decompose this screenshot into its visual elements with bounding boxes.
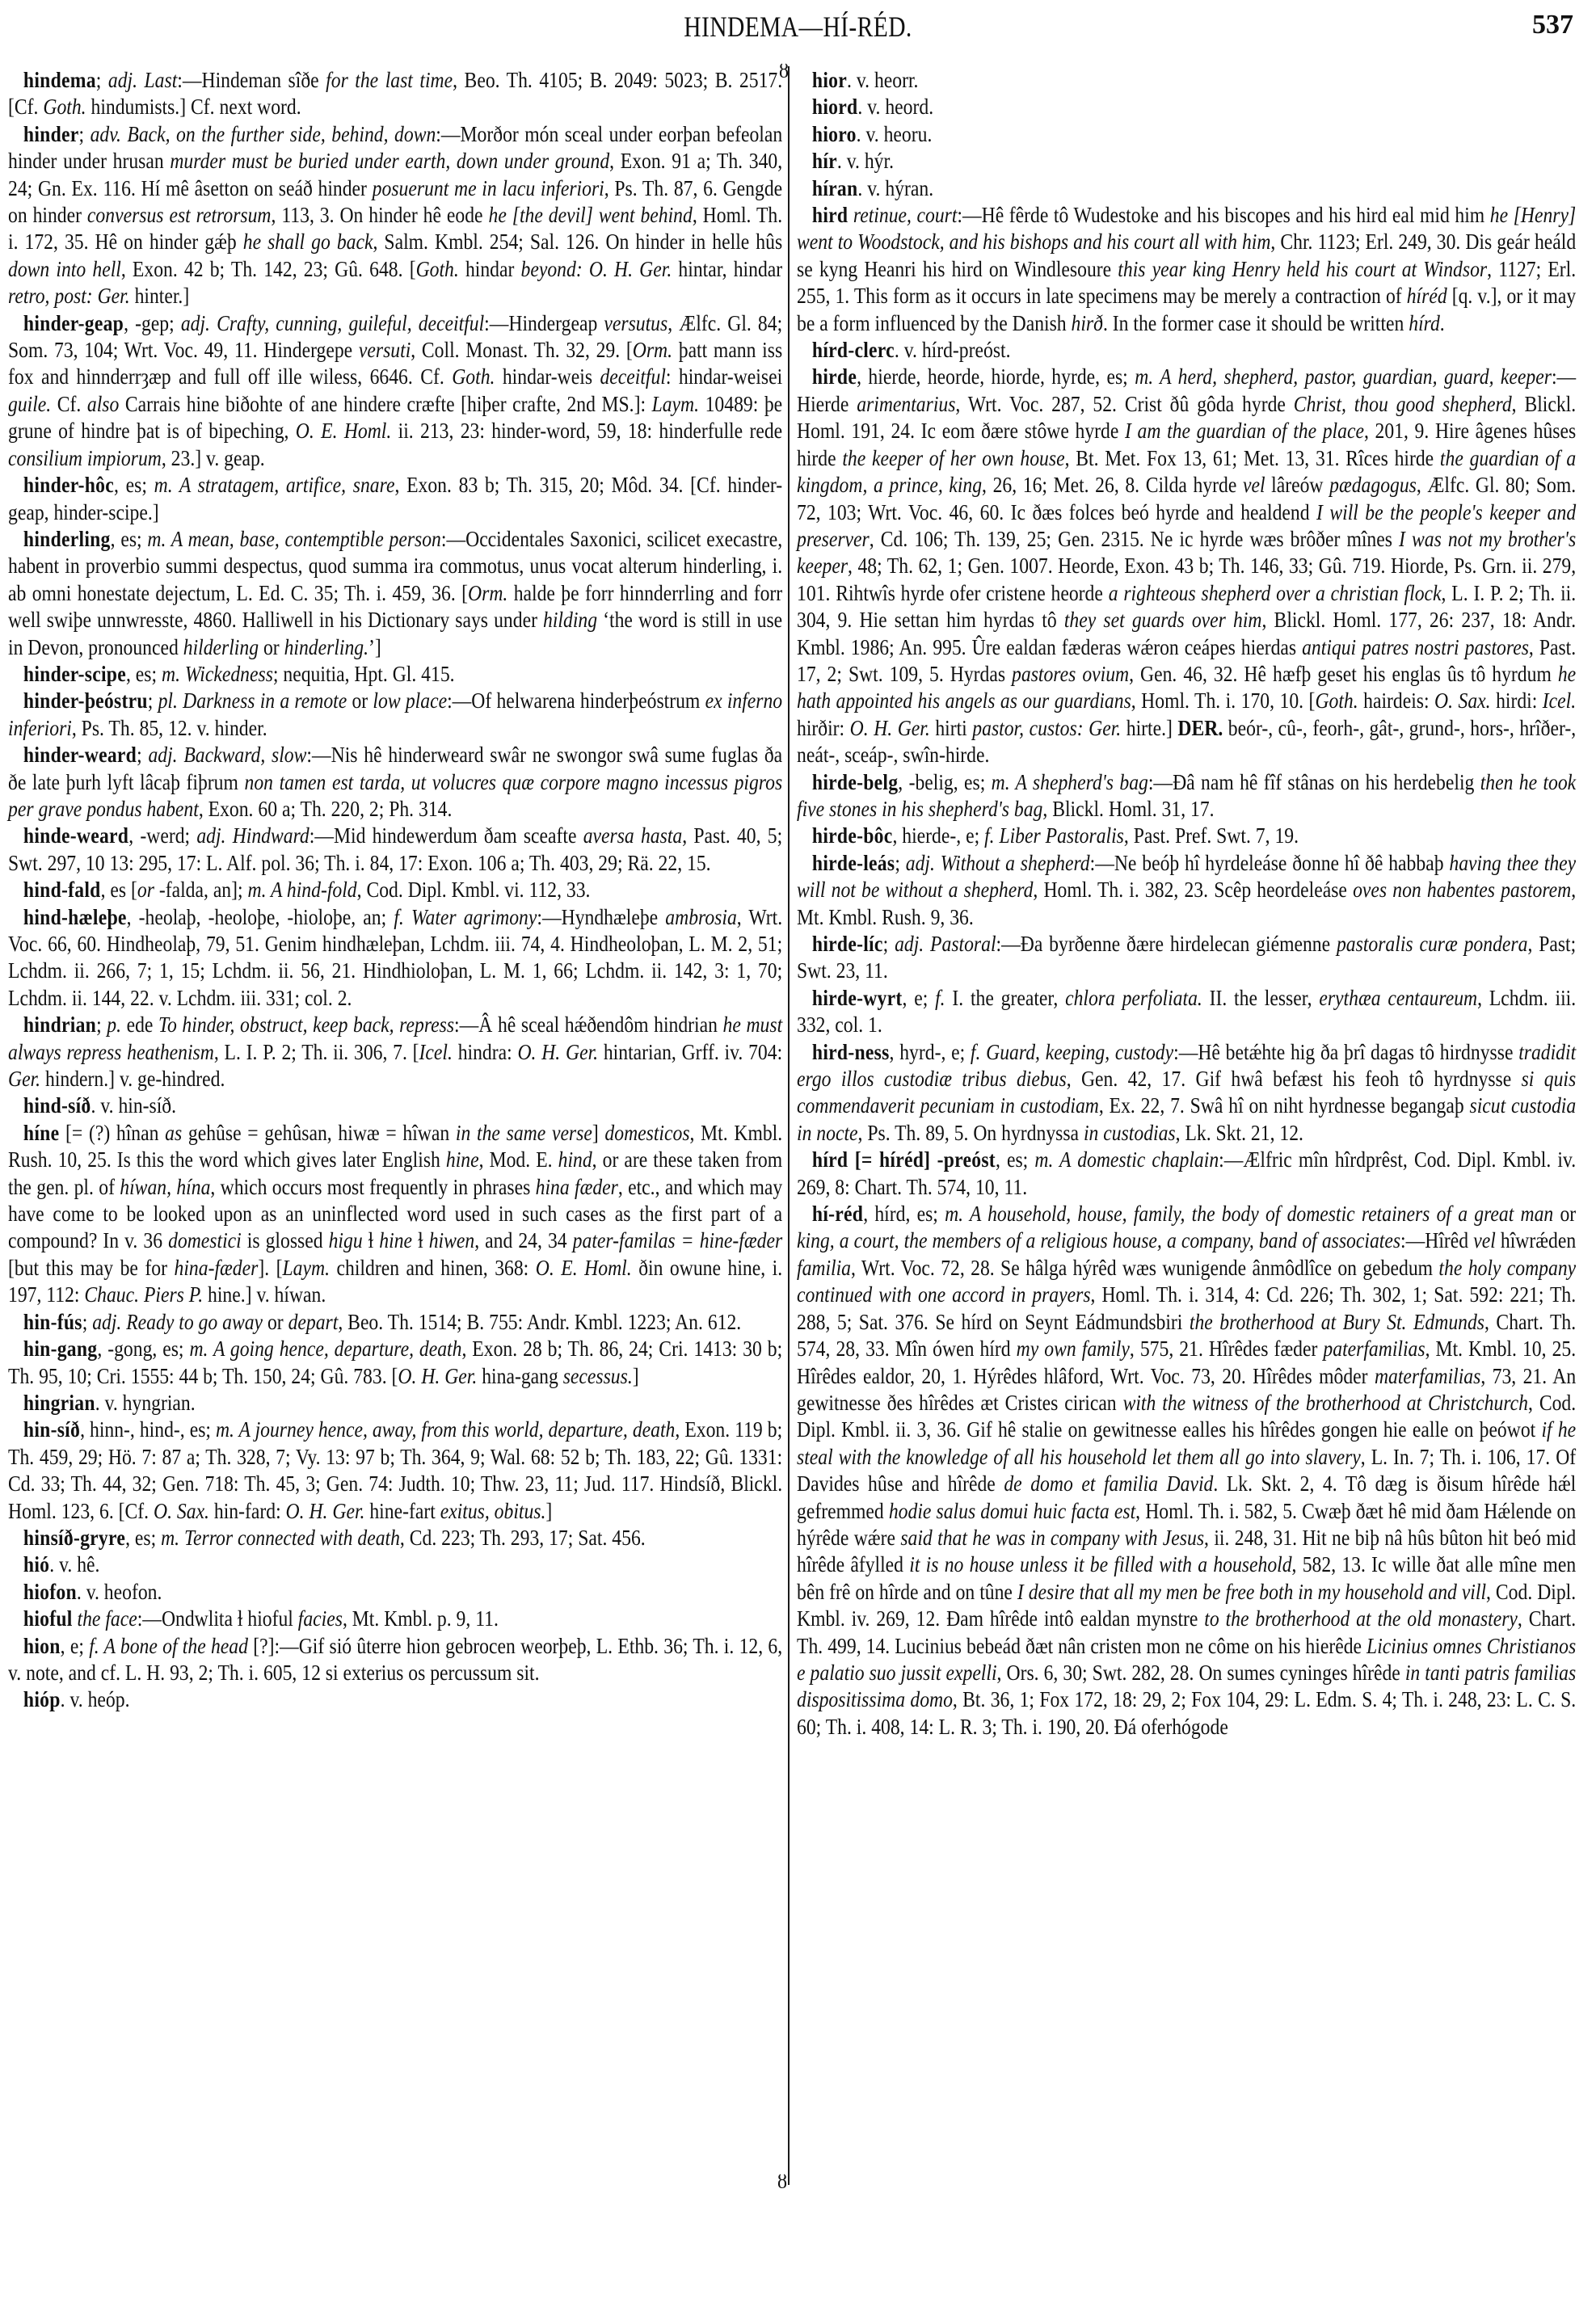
entry-text: hinter.] <box>130 283 190 308</box>
entry-text: adj. Ready to go away <box>92 1309 263 1334</box>
entry-text: ’] <box>368 634 381 659</box>
headword: hírd [= híréd] -preóst <box>797 1147 996 1172</box>
headword: hingrian <box>8 1390 95 1415</box>
headword: hí-réd <box>797 1201 863 1226</box>
entry-text: . v. heofon. <box>77 1579 162 1604</box>
right-column-entries: hior. v. heorr.hiord. v. heord.hioro. v.… <box>797 66 1576 1740</box>
headword: hirde-leás <box>797 850 895 875</box>
dictionary-entry: hingrian. v. hyngrian. <box>8 1389 782 1416</box>
right-column: hior. v. heorr.hiord. v. heord.hioro. v.… <box>797 66 1576 1740</box>
dictionary-entry: hió. v. hê. <box>8 1551 782 1577</box>
entry-text: erythæa centaureum <box>1319 985 1477 1010</box>
entry-text: [but this may be for <box>8 1255 175 1280</box>
entry-text: beyond: O. H. Ger. <box>521 256 672 281</box>
entry-text: Laym. <box>652 391 699 416</box>
entry-text: hina-fæder <box>175 1255 259 1280</box>
entry-text: , -heolaþ, -heoloþe, -hioloþe, an; <box>127 904 394 929</box>
entry-text: my own family <box>1017 1336 1130 1361</box>
entry-text: O. E. Homl. <box>296 418 391 443</box>
entry-text: :—Of helwarena hinderþeóstrum <box>447 688 705 713</box>
entry-text: . <box>1440 310 1445 335</box>
entry-text: :—Hîrêd <box>1400 1227 1473 1252</box>
entry-text: O. H. Ger. <box>850 715 930 740</box>
headword: hinde-weard <box>8 823 128 848</box>
entry-text: p. <box>107 1012 121 1037</box>
entry-text: , es; <box>126 661 162 686</box>
entry-text: pater-familas = hine-fæder <box>573 1227 782 1252</box>
entry-text: ] <box>545 1498 552 1523</box>
entry-text: Carrais hine biðohte of ane hindere cræf… <box>119 391 651 416</box>
entry-text: : hindar-weisei <box>666 364 782 389</box>
entry-text: depart <box>288 1309 339 1334</box>
entry-text: down into hell <box>8 256 121 281</box>
dictionary-entry: hind-hæleþe, -heolaþ, -heoloþe, -hioloþe… <box>8 903 782 1012</box>
entry-text: hirti <box>930 715 973 740</box>
entry-text: hine <box>446 1147 479 1172</box>
entry-text: low place <box>373 688 447 713</box>
entry-text: Icel. <box>1543 688 1576 713</box>
entry-text: , hierde, heorde, hiorde, hyrde, es; <box>857 364 1135 389</box>
entry-text: m. A household, house, family, the body … <box>945 1201 1553 1226</box>
dictionary-entry: hióp. v. heóp. <box>8 1686 782 1712</box>
entry-text: O. H. Ger. <box>398 1363 477 1388</box>
entry-text: hilding <box>543 607 597 632</box>
column-ornament-bottom-icon: ȣ <box>777 2172 787 2194</box>
dictionary-entry: hinder-þeóstru; pl. Darkness in a remote… <box>8 687 782 741</box>
entry-text: . In the former case it should be writte… <box>1103 310 1409 335</box>
entry-text: . v. heóp. <box>61 1686 130 1711</box>
entry-text: , Homl. Th. i. 170, 10. [ <box>1131 688 1316 713</box>
headword: hin-gang <box>8 1336 97 1361</box>
dictionary-entry: hír. v. hýr. <box>797 147 1576 174</box>
entry-text: oves non habentes pastorem <box>1353 877 1571 902</box>
headword: hinsíð-gryre <box>8 1525 125 1550</box>
left-column-entries: hindema; adj. Last:—Hindeman sîðe for th… <box>8 66 782 1713</box>
entry-text: hindra: <box>453 1039 518 1064</box>
entry-text: , 23.] v. geap. <box>162 445 265 470</box>
entry-text: deceitful <box>600 364 665 389</box>
entry-text: , Ps. Th. 89, 5. On hyrdnyssa <box>858 1120 1084 1145</box>
dictionary-entry: hinsíð-gryre, es; m. Terror connected wi… <box>8 1524 782 1551</box>
entry-text: Icel. <box>419 1039 453 1064</box>
entry-text: , e; <box>61 1633 90 1658</box>
entry-text: ; <box>883 931 895 956</box>
dictionary-entry: hinder-hôc, es; m. A stratagem, artifice… <box>8 471 782 525</box>
entry-text: is glossed <box>242 1227 329 1252</box>
entry-text: children and hinen, 368: <box>330 1255 536 1280</box>
entry-text: , and 24, 34 <box>474 1227 572 1252</box>
entry-text: , 113, 3. On hinder hê eode <box>272 202 489 227</box>
entry-text: hintar, hindar <box>672 256 782 281</box>
dictionary-entry: hird retinue, court:—Hê fêrde tô Wudesto… <box>797 201 1576 336</box>
entry-text: hírd <box>1409 310 1440 335</box>
entry-text: f. Liber Pastoralis <box>984 823 1124 848</box>
entry-text: , Wrt. Voc. 287, 52. Crist ðû gôda hyrde <box>955 391 1293 416</box>
entry-text: hindumists.] Cf. next word. <box>86 94 301 119</box>
entry-text: pl. Darkness in a remote <box>158 688 347 713</box>
entry-text: f. A bone of the head <box>89 1633 248 1658</box>
dictionary-entry: hindema; adj. Last:—Hindeman sîðe for th… <box>8 66 782 120</box>
entry-text: hind <box>558 1147 592 1172</box>
entry-text: adj. Last <box>108 67 177 92</box>
entry-text: , -gong, es; <box>97 1336 189 1361</box>
entry-text: m. A stratagem, artifice, snare <box>154 472 395 497</box>
entry-text: domesticos <box>604 1120 689 1145</box>
headword: hird-ness <box>797 1039 890 1064</box>
entry-text: arimentarius <box>857 391 955 416</box>
entry-text: facies <box>298 1606 343 1631</box>
entry-text: chlora perfoliata. <box>1065 985 1202 1010</box>
dictionary-entry: híran. v. hýran. <box>797 175 1576 201</box>
entry-text: m. A shepherd's bag <box>992 769 1148 794</box>
entry-text: , es [ <box>101 877 137 902</box>
entry-text: adj. Without a shepherd <box>906 850 1090 875</box>
entry-text: hinderling. <box>284 634 368 659</box>
entry-text: , which occurs most frequently in phrase… <box>210 1174 535 1199</box>
dictionary-entry: hin-síð, hinn-, hind-, es; m. A journey … <box>8 1416 782 1524</box>
dictionary-entry: hinder-scipe, es; m. Wickedness; nequiti… <box>8 660 782 687</box>
entry-text: :—Hindeman sîðe <box>177 67 326 92</box>
entry-text: retinue, court <box>853 202 958 227</box>
entry-text: or <box>259 634 284 659</box>
entry-text: hina fæder <box>536 1174 618 1199</box>
entry-text: :—Ðâ nam hê fîf stânas on his herdebelig <box>1148 769 1480 794</box>
entry-text: , es; <box>125 1525 161 1550</box>
dictionary-entry: hinder; adv. Back, on the further side, … <box>8 120 782 309</box>
entry-text: I desire that all my men be free both in… <box>1017 1579 1486 1604</box>
entry-text: hairdeis: <box>1358 688 1434 713</box>
entry-text: . v. hê. <box>49 1551 99 1576</box>
entry-text: or <box>347 688 373 713</box>
entry-text: II. the lesser, <box>1202 985 1320 1010</box>
entry-text: , -belig, es; <box>898 769 991 794</box>
entry-text: pastores ovium <box>1012 661 1129 686</box>
entry-text: pastoralis curæ pondera <box>1337 931 1527 956</box>
entry-text: king, a court, the members of a religiou… <box>797 1227 1400 1252</box>
entry-text: hirð <box>1072 310 1103 335</box>
entry-text: hiwen <box>429 1227 475 1252</box>
entry-text: this year king Henry held his court at W… <box>1118 256 1487 281</box>
entry-text: , Gen. 42, 17. Gif hwâ befæst his feoh t… <box>1067 1066 1522 1091</box>
dictionary-entry: hind-fald, es [or -falda, an]; m. A hind… <box>8 876 782 903</box>
headword: hioful <box>8 1606 73 1631</box>
entry-text: ede <box>121 1012 158 1037</box>
entry-text: O. H. Ger. <box>286 1498 365 1523</box>
entry-text: pastor, custos: Ger. <box>972 715 1121 740</box>
entry-text: , hyrd-, e; <box>890 1039 971 1064</box>
entry-text: , hierde-, e; <box>892 823 984 848</box>
entry-text: , Beo. Th. 1514; B. 755: Andr. Kmbl. 122… <box>338 1309 741 1334</box>
entry-text: ; <box>895 850 905 875</box>
entry-text: with the witness of the brotherhood at C… <box>1123 1390 1528 1415</box>
entry-text: f. Water agrimony <box>394 904 537 929</box>
entry-text: , Past. Pref. Swt. 7, 19. <box>1124 823 1299 848</box>
headword: hiord <box>797 94 857 119</box>
entry-text: , Exon. 42 b; Th. 142, 23; Gû. 648. [ <box>121 256 416 281</box>
entry-text: pædagogus <box>1329 472 1417 497</box>
entry-text: the brotherhood at Bury St. Edmunds <box>1190 1309 1484 1334</box>
entry-text: DER. <box>1177 715 1223 740</box>
entry-text: the face <box>78 1606 137 1631</box>
dictionary-entry: hioro. v. heoru. <box>797 120 1576 147</box>
entry-text: hine <box>379 1227 412 1252</box>
entry-text: . v. hin-síð. <box>91 1092 177 1118</box>
entry-text: vel <box>1243 472 1265 497</box>
entry-text: I. the greater, <box>945 985 1065 1010</box>
entry-text: hindar-weis <box>495 364 600 389</box>
entry-text: or <box>263 1309 288 1334</box>
entry-text: adv. Back, on the further side, behind, … <box>91 121 436 146</box>
entry-text: to the brotherhood at the old monastery <box>1204 1606 1518 1631</box>
entry-text: adj. Hindward <box>196 823 309 848</box>
entry-text: I am the guardian of the place <box>1125 418 1364 443</box>
dictionary-entry: hird-ness, hyrd-, e; f. Guard, keeping, … <box>797 1038 1576 1147</box>
entry-text: [= (?) hînan <box>59 1120 165 1145</box>
entry-text: hirdi: <box>1491 688 1543 713</box>
headword: hioro <box>797 121 857 146</box>
entry-text: , Exon. 60 a; Th. 220, 2; Ph. 314. <box>199 796 453 821</box>
entry-text: hodie salus domui huic facta est <box>889 1498 1135 1523</box>
entry-text: m. A hind-fold <box>247 877 356 902</box>
entry-text: m. A mean, base, contemptible person <box>147 526 440 551</box>
headword: hirde-wyrt <box>797 985 903 1010</box>
entry-text: :—Hê betǽhte hig ða þrî dagas tô hirdnys… <box>1173 1039 1518 1064</box>
entry-text: , Cd. 106; Th. 139, 25; Gen. 2315. Ne ic… <box>870 526 1399 551</box>
headword: hind-fald <box>8 877 101 902</box>
entry-text: he [the devil] went behind <box>488 202 692 227</box>
entry-text: , Gen. 46, 32. Hê hæfþ geset his englas … <box>1129 661 1558 686</box>
entry-text: as <box>165 1120 182 1145</box>
entry-text: O. H. Ger. <box>517 1039 598 1064</box>
entry-text: , e; <box>903 985 936 1010</box>
headword: híran <box>797 175 857 200</box>
entry-text: . v. hýr. <box>837 148 894 173</box>
entry-text: hilderling <box>183 634 259 659</box>
entry-text: , L. I. P. 2; Th. ii. 306, 7. [ <box>214 1039 419 1064</box>
entry-text: ɫ <box>363 1227 380 1252</box>
headword: hinder <box>8 121 79 146</box>
entry-text: in custodias <box>1084 1120 1176 1145</box>
entry-text: Chauc. Piers P. <box>84 1282 203 1307</box>
entry-text: posuerunt me in lacu inferiori <box>373 175 604 200</box>
entry-text: To hinder, obstruct, keep back, repress <box>158 1012 454 1037</box>
entry-text: f. Guard, keeping, custody <box>971 1039 1173 1064</box>
entry-text: :—Hyndhæleþe <box>537 904 665 929</box>
entry-text: . v. heord. <box>857 94 933 119</box>
entry-text: in the same verse <box>456 1120 592 1145</box>
entry-text: murder must be buried under earth, down … <box>170 148 609 173</box>
dictionary-entry: hí-réd, hírd, es; m. A household, house,… <box>797 1200 1576 1740</box>
headword: hióp <box>8 1686 61 1711</box>
entry-text: gehûse = gehûsan, hiwæ = hîwan <box>182 1120 456 1145</box>
headword: hin-fús <box>8 1309 82 1334</box>
entry-text: :—Hindergeap <box>484 310 604 335</box>
entry-text: secessus. <box>563 1363 633 1388</box>
dictionary-entry: hírd [= híréd] -preóst, es; m. A domesti… <box>797 1146 1576 1200</box>
entry-text: ] <box>633 1363 639 1388</box>
entry-text: híréd <box>1407 283 1447 308</box>
headword: hinderling <box>8 526 111 551</box>
entry-text: hirðir: <box>797 715 850 740</box>
headword: hirde <box>797 364 857 389</box>
entry-text: hine.] v. híwan. <box>203 1282 326 1307</box>
entry-text: , -werd; <box>128 823 196 848</box>
dictionary-entry: hiord. v. heord. <box>797 93 1576 120</box>
entry-text: , es; <box>111 526 148 551</box>
entry-text: Goth. <box>452 364 495 389</box>
entry-text: m. A journey hence, away, from this worl… <box>216 1416 675 1442</box>
headword: hirde-belg <box>797 769 898 794</box>
dictionary-entry: hirde-belg, -belig, es; m. A shepherd's … <box>797 768 1576 823</box>
headword: hinder-scipe <box>8 661 126 686</box>
entry-text: aversa hasta <box>583 823 683 848</box>
dictionary-entry: hirde-líc; adj. Pastoral:—Ða byrðenne ðæ… <box>797 930 1576 984</box>
dictionary-entry: hirde-bôc, hierde-, e; f. Liber Pastoral… <box>797 822 1576 848</box>
entry-text: de domo et familia David <box>1004 1471 1213 1496</box>
entry-text: ; <box>82 1309 92 1334</box>
entry-text: hindern.] v. ge-hindred. <box>40 1066 225 1091</box>
entry-text: he shall go back <box>243 229 373 254</box>
dictionary-entry: hirde, hierde, heorde, hiorde, hyrde, es… <box>797 363 1576 768</box>
page-header: HINDEMA—HÍ-RÉD. 537 <box>0 6 1596 47</box>
entry-text: , Cod. Dipl. Kmbl. vi. 112, 33. <box>357 877 591 902</box>
entry-text: ; <box>96 67 108 92</box>
entry-text: ]. [ <box>258 1255 282 1280</box>
entry-text: , 575, 21. Hîrêdes fæder <box>1130 1336 1324 1361</box>
entry-text: , Coll. Monast. Th. 32, 29. [ <box>411 337 632 362</box>
entry-text: , es; <box>114 472 154 497</box>
entry-text: m. A going hence, departure, death <box>189 1336 461 1361</box>
dictionary-entry: hioful the face:—Ondwlita ɫ hioful facie… <box>8 1605 782 1631</box>
entry-text: , es; <box>996 1147 1034 1172</box>
entry-text: a righteous shepherd over a christian fl… <box>1109 580 1442 605</box>
entry-text: hin-fard: <box>209 1498 286 1523</box>
entry-text: they set guards over him <box>1064 607 1262 632</box>
entry-text: said that he was in company with Jesus <box>900 1525 1204 1550</box>
entry-text: híwan, hína <box>120 1174 210 1199</box>
entry-text: adj. Pastoral <box>895 931 996 956</box>
entry-text: conversus est retrorsum <box>87 202 272 227</box>
entry-text: lâreów <box>1265 472 1330 497</box>
entry-text: m. Wickedness <box>162 661 273 686</box>
dictionary-entry: hinder-weard; adj. Backward, slow:—Nis h… <box>8 741 782 822</box>
entry-text: for the last time <box>326 67 453 92</box>
dictionary-entry: hion, e; f. A bone of the head [?]:—Gif … <box>8 1632 782 1686</box>
entry-text: it is no house unless it be filled with … <box>909 1551 1291 1576</box>
dictionary-entry: híne [= (?) hînan as gehûse = gehûsan, h… <box>8 1119 782 1308</box>
entry-text: ; nequitia, Hpt. Gl. 415. <box>273 661 455 686</box>
dictionary-entry: hindrian; p. ede To hinder, obstruct, ke… <box>8 1011 782 1092</box>
entry-text: :—Ða byrðenne ðære hirdelecan giémenne <box>996 931 1337 956</box>
entry-text: Cf. <box>51 391 87 416</box>
headword: híne <box>8 1120 59 1145</box>
entry-text: , Mod. E. <box>479 1147 558 1172</box>
entry-text: Orm. <box>468 580 507 605</box>
entry-text: versuti <box>359 337 411 362</box>
entry-text: . v. heoru. <box>857 121 933 146</box>
headword: hírd-clerc <box>797 337 895 362</box>
entry-text: or <box>1553 1201 1576 1226</box>
entry-text: O. E. Homl. <box>536 1255 632 1280</box>
entry-text: hindar <box>459 256 521 281</box>
dictionary-entry: hin-fús; adj. Ready to go away or depart… <box>8 1308 782 1335</box>
entry-text: hintarian, Grff. iv. 704: <box>598 1039 782 1064</box>
column-divider <box>788 66 790 2185</box>
dictionary-entry: hinder-geap, -gep; adj. Crafty, cunning,… <box>8 309 782 471</box>
entry-text: vel <box>1473 1227 1496 1252</box>
entry-text: ] <box>592 1120 605 1145</box>
dictionary-entry: hírd-clerc. v. hírd-preóst. <box>797 336 1576 363</box>
entry-text: adj. Backward, slow <box>148 742 306 767</box>
entry-text: , Blickl. Homl. 31, 17. <box>1042 796 1214 821</box>
entry-text: , hírd, es; <box>863 1201 945 1226</box>
headword: hin-síð <box>8 1416 80 1442</box>
dictionary-entry: hind-síð. v. hin-síð. <box>8 1092 782 1118</box>
headword: hír <box>797 148 837 173</box>
entry-text: . v. hírd-preóst. <box>895 337 1011 362</box>
entry-text: Laym. <box>283 1255 330 1280</box>
dictionary-entry: hirde-leás; adj. Without a shepherd:—Ne … <box>797 849 1576 930</box>
entry-text: Goth. <box>1315 688 1358 713</box>
headword: hinder-hôc <box>8 472 114 497</box>
entry-text: . v. hyngrian. <box>95 1390 196 1415</box>
headword: hió <box>8 1551 49 1576</box>
entry-text: , Ex. 22, 7. Swâ hî on niht hyrdnesse be… <box>1099 1092 1470 1118</box>
headword: hion <box>8 1633 61 1658</box>
dictionary-entry: hirde-wyrt, e; f. I. the greater, chlora… <box>797 984 1576 1038</box>
entry-text: :—Mid hindewerdum ðam sceafte <box>310 823 583 848</box>
entry-text: hina-gang <box>477 1363 562 1388</box>
dictionary-entry: hin-gang, -gong, es; m. A going hence, d… <box>8 1335 782 1389</box>
entry-text: , hinn-, hind-, es; <box>80 1416 216 1442</box>
entry-text: hirte.] <box>1121 715 1177 740</box>
entry-text: ; <box>96 1012 107 1037</box>
entry-text: , Lk. Skt. 21, 12. <box>1176 1120 1303 1145</box>
entry-text: :—Hê fêrde tô Wudestoke and his biscopes… <box>957 202 1489 227</box>
entry-text: , Wrt. Voc. 72, 28. Se hâlga hýrêd wæs w… <box>851 1255 1438 1280</box>
entry-text: antiqui patres nostri pastores <box>1302 634 1529 659</box>
entry-text: -falda, an]; <box>154 877 248 902</box>
entry-text: domestici <box>168 1227 242 1252</box>
entry-text: :—Â hê sceal hǽðendôm hindrian <box>454 1012 722 1037</box>
entry-text: :—Ondwlita ɫ hioful <box>137 1606 298 1631</box>
headword: hindema <box>8 67 96 92</box>
entry-text: or <box>137 877 154 902</box>
entry-text: Goth. <box>43 94 86 119</box>
headword: hirde-bôc <box>797 823 892 848</box>
entry-text: higu <box>329 1227 363 1252</box>
headword: hindrian <box>8 1012 96 1037</box>
entry-text: , Bt. Met. Fox 13, 61; Met. 13, 31. Rîce… <box>1065 445 1440 470</box>
headword: hinder-weard <box>8 742 137 767</box>
headword: hind-hæleþe <box>8 904 127 929</box>
entry-text: , Homl. Th. i. 382, 23. Scêp heordeleáse <box>1033 877 1353 902</box>
entry-text: f. <box>935 985 945 1010</box>
entry-text: . v. heorr. <box>847 67 918 92</box>
entry-text: m. A herd, shepherd, pastor, guardian, g… <box>1135 364 1552 389</box>
entry-text: m. Terror connected with death <box>161 1525 400 1550</box>
entry-text: , Cd. 223; Th. 293, 17; Sat. 456. <box>400 1525 646 1550</box>
entry-text: ɫ <box>412 1227 429 1252</box>
entry-text: also <box>87 391 119 416</box>
entry-text: materfamilias <box>1375 1363 1480 1388</box>
headword: hind-síð <box>8 1092 91 1118</box>
entry-text: Ger. <box>8 1066 40 1091</box>
headword: hior <box>797 67 847 92</box>
entry-text: Christ, thou good shepherd <box>1294 391 1512 416</box>
running-title: HINDEMA—HÍ-RÉD. <box>144 10 1453 44</box>
entry-text: ambrosia <box>665 904 736 929</box>
